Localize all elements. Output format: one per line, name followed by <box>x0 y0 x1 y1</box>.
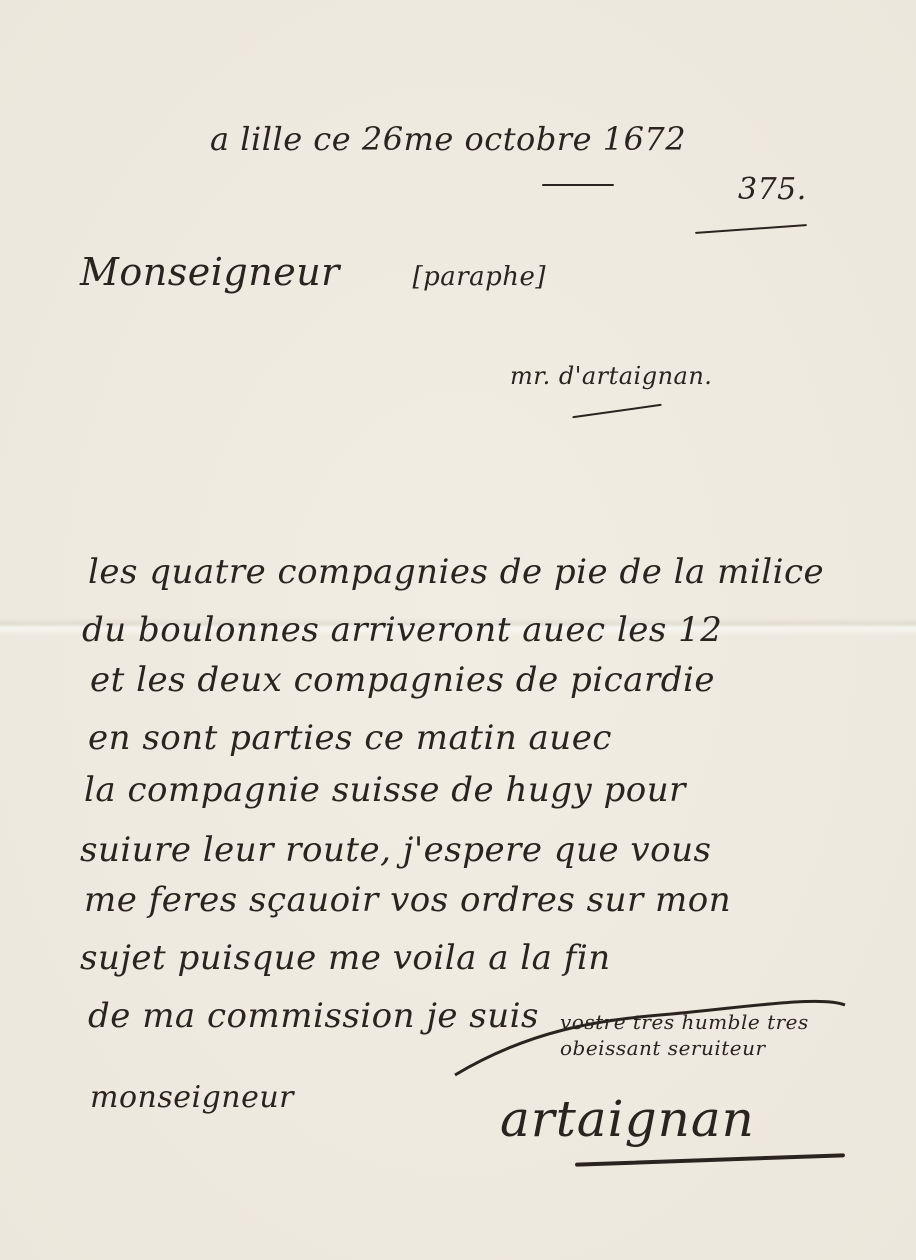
body-line: suiure leur route, j'espere que vous <box>80 830 711 870</box>
date-line: a lille ce 26me octobre 1672 <box>210 120 686 158</box>
addressee-note: mr. d'artaignan. <box>510 362 712 390</box>
date-underline <box>542 184 614 186</box>
body-line: les quatre compagnies de pie de la milic… <box>88 552 824 592</box>
greeting-text: Monseigneur <box>80 250 340 294</box>
valediction-line-1: vostre tres humble tres <box>560 1010 809 1034</box>
body-line: en sont parties ce matin auec <box>88 718 612 758</box>
valediction-line-2: obeissant seruiteur <box>560 1036 766 1060</box>
body-line: sujet puisque me voila a la fin <box>80 938 611 978</box>
reference-underline <box>695 224 807 234</box>
closing-salutation: monseigneur <box>90 1080 294 1115</box>
flourish-text: [paraphe] <box>412 262 546 292</box>
salutation-greeting: Monseigneur [paraphe] <box>80 250 546 294</box>
body-line: me feres sçauoir vos ordres sur mon <box>84 880 731 920</box>
signature: artaignan <box>500 1090 755 1148</box>
body-line: la compagnie suisse de hugy pour <box>84 770 686 810</box>
letter-page: a lille ce 26me octobre 1672 375. Monsei… <box>0 0 916 1260</box>
reference-number: 375. <box>738 172 807 207</box>
addressee-underline <box>572 404 661 419</box>
signature-flourish-icon <box>450 990 860 1080</box>
body-line: et les deux compagnies de picardie <box>90 660 715 700</box>
signature-underline <box>575 1153 845 1166</box>
body-line: du boulonnes arriveront auec les 12 <box>82 610 722 650</box>
